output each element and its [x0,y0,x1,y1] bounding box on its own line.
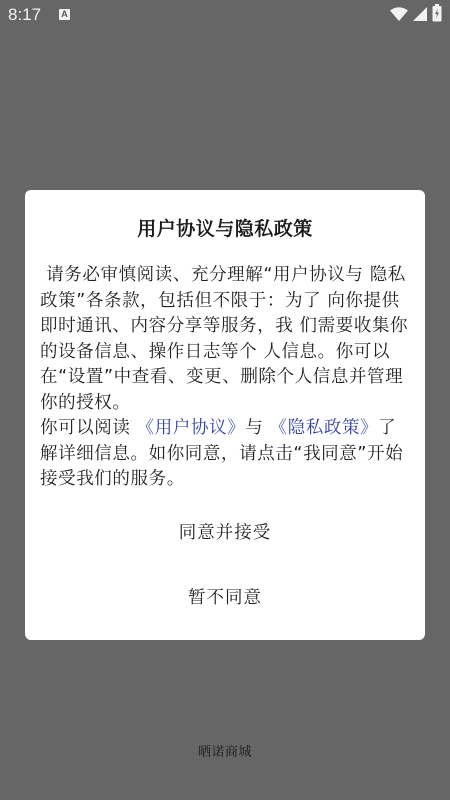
agree-button[interactable]: 同意并接受 [25,508,425,556]
notification-a-icon: A [59,9,70,20]
user-agreement-link[interactable]: 《用户协议》 [137,418,246,438]
agreement-paragraph: 请务必审慎阅读、充分理解“用户协议与 隐私政策”各条款，包括但不限于：为了 向你… [40,263,412,416]
read-prefix-text: 你可以阅读 [40,418,137,438]
status-time: 8:17 [8,5,41,25]
status-bar: 8:17 A [0,0,450,32]
links-paragraph: 你可以阅读 《用户协议》与 《隐私政策》了解详细信息。如你同意，请点击“我同意”… [40,416,412,493]
dialog-body: 请务必审慎阅读、充分理解“用户协议与 隐私政策”各条款，包括但不限于：为了 向你… [40,263,412,493]
privacy-policy-link[interactable]: 《隐私政策》 [270,418,379,438]
wifi-icon [390,6,408,25]
status-icons [390,6,442,24]
app-name-label: 晒诺商城 [0,741,450,760]
disagree-button[interactable]: 暂不同意 [25,573,425,621]
and-text: 与 [245,418,269,438]
dialog-title: 用户协议与隐私政策 [25,214,425,241]
agreement-text: 请务必审慎阅读、充分理解“用户协议与 隐私政策”各条款，包括但不限于：为了 向你… [40,265,408,413]
privacy-dialog: 用户协议与隐私政策 请务必审慎阅读、充分理解“用户协议与 隐私政策”各条款，包括… [25,190,425,640]
battery-charging-icon [432,4,442,26]
cellular-signal-icon [413,6,427,25]
